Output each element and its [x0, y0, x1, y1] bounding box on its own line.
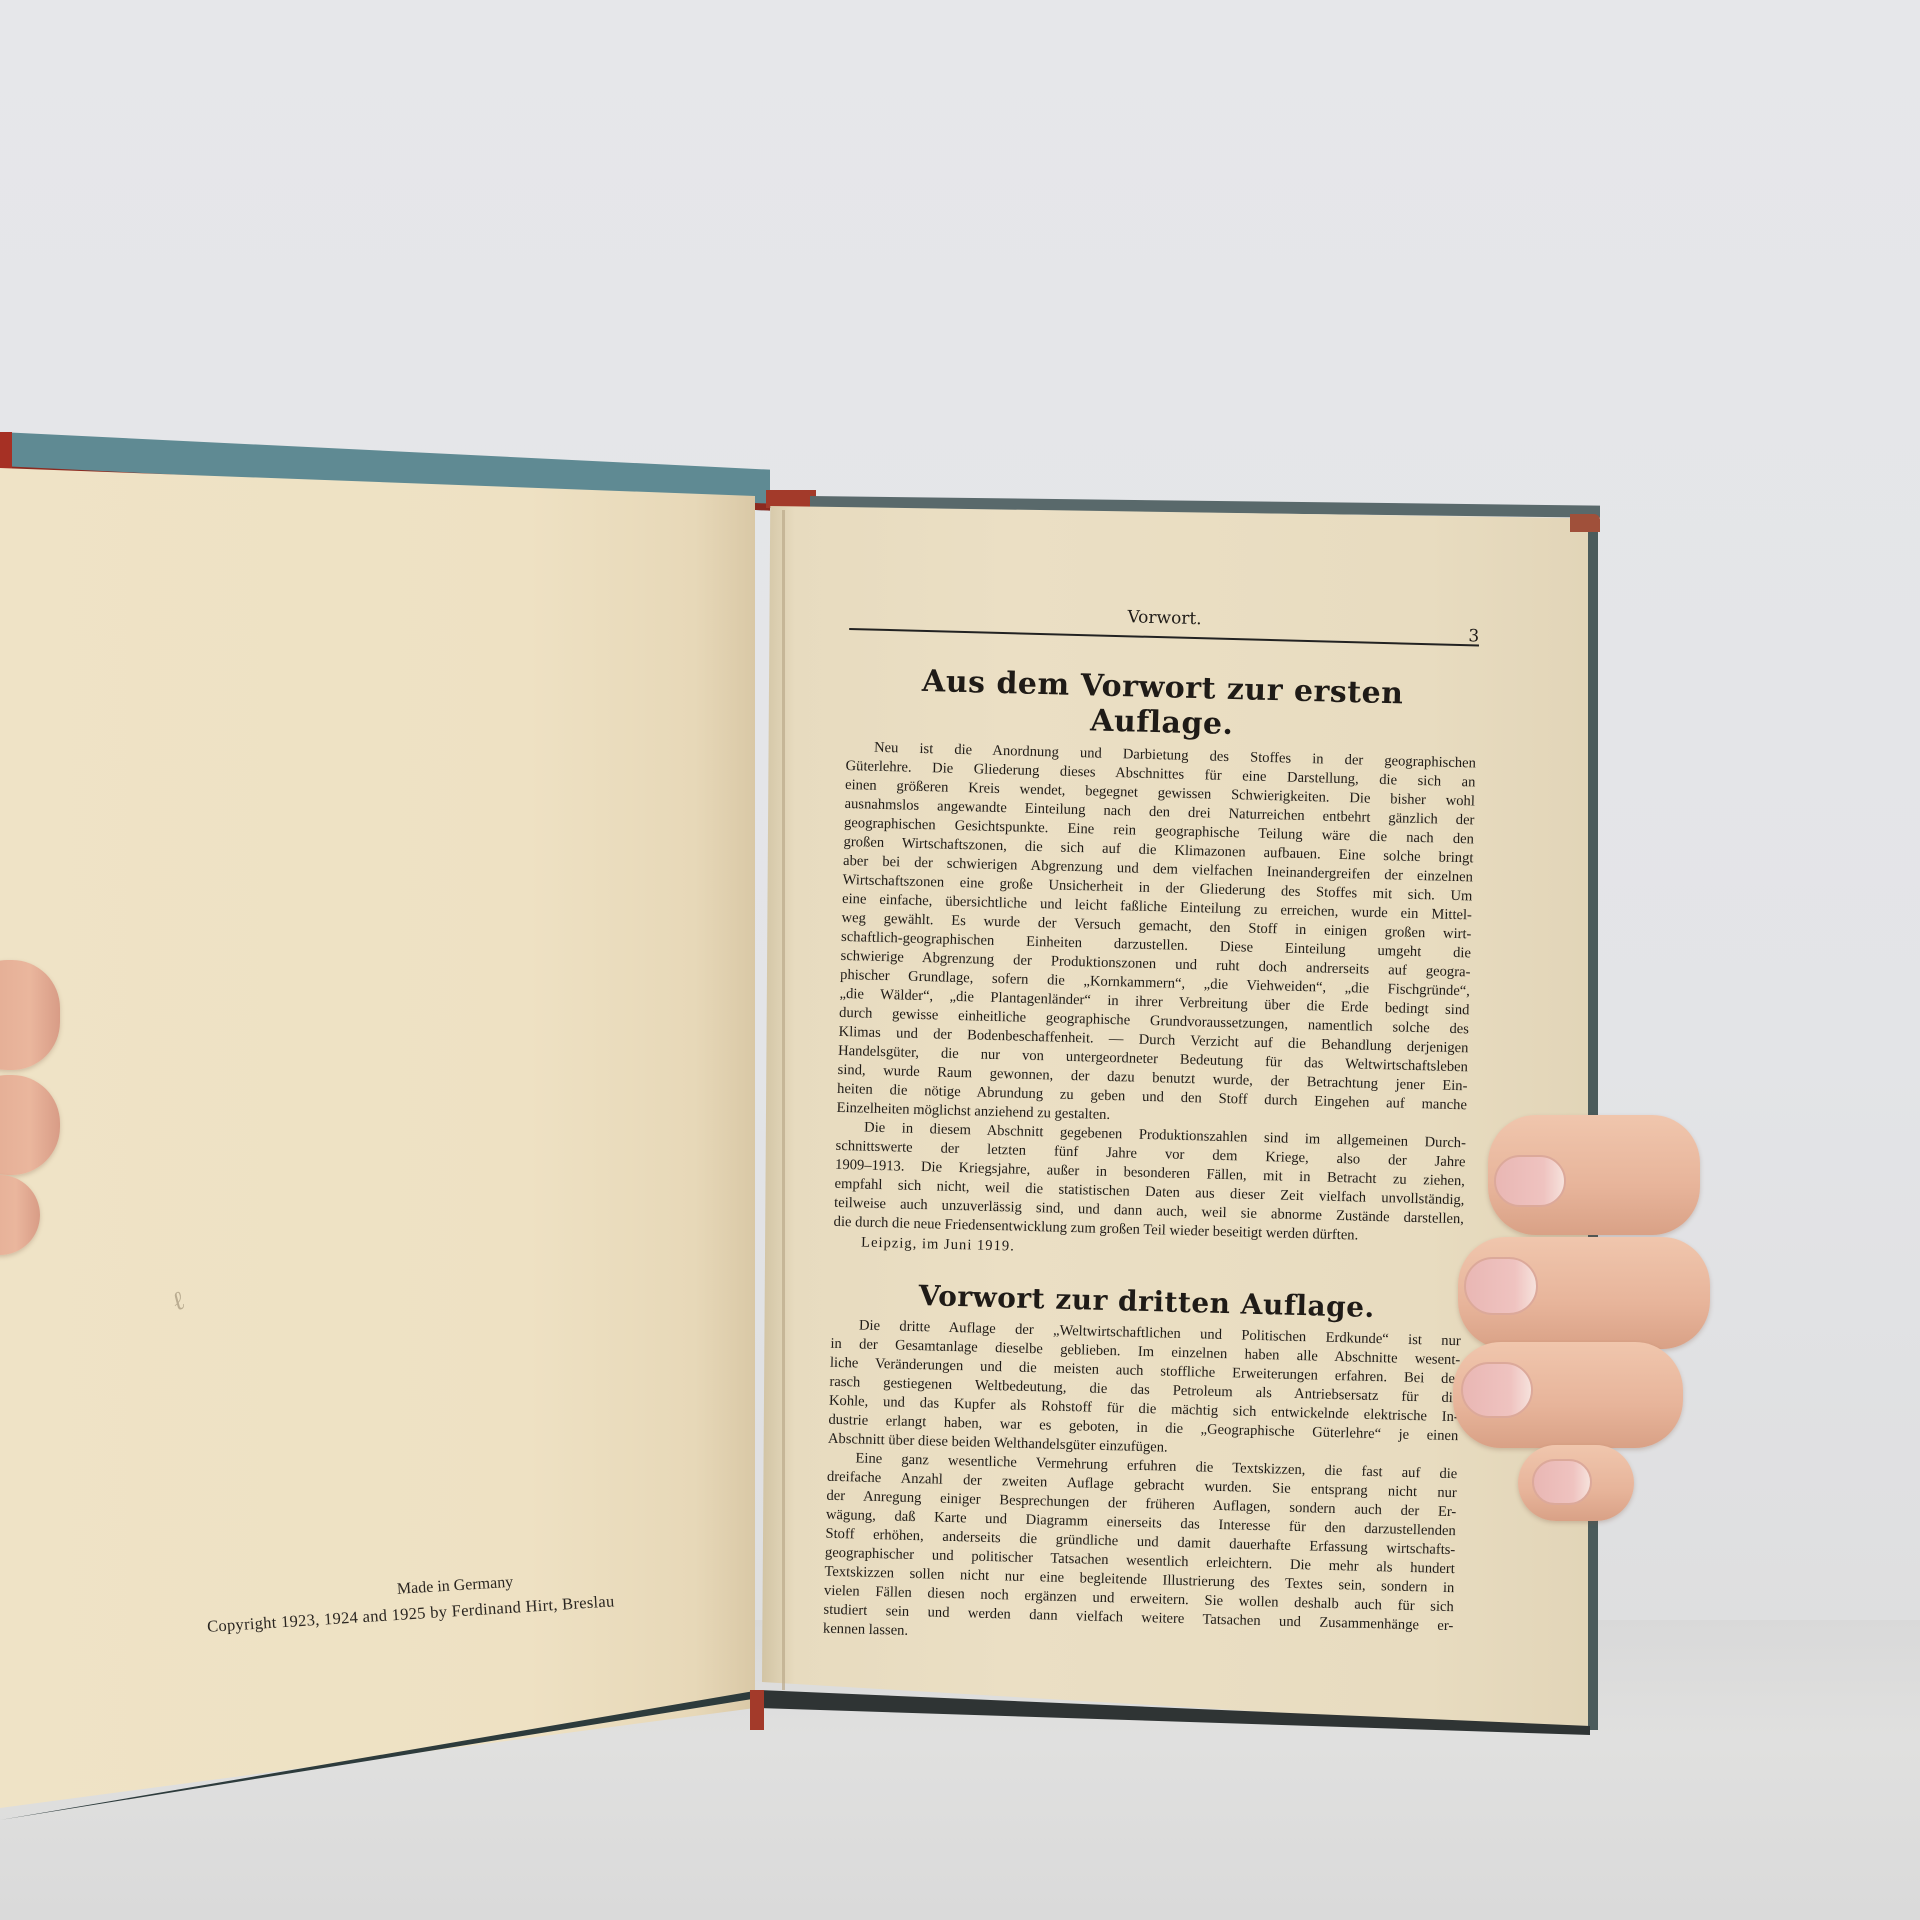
page-number: 3 [1468, 626, 1479, 646]
left-cover-corner [0, 432, 12, 470]
book-gutter [782, 510, 785, 1690]
paragraph: Neu ist die Anordnung und Darbietung des… [836, 738, 1476, 1134]
fingernail [1461, 1362, 1533, 1418]
paragraph: Eine ganz wesentliche Vermehrung erfuhre… [823, 1449, 1458, 1655]
right-cover-corner [1570, 514, 1600, 532]
fingernail [1464, 1257, 1538, 1315]
fingernail [1494, 1155, 1566, 1207]
section-heading-first-edition: Aus dem Vorwort zur ersten Auflage. [846, 662, 1478, 748]
spine-top [766, 490, 816, 508]
right-finger-middle [1458, 1237, 1710, 1349]
spine-bottom [750, 1690, 764, 1730]
paragraph: Die in diesem Abschnitt gegebenen Produk… [833, 1118, 1466, 1248]
right-finger-little [1518, 1445, 1634, 1521]
right-finger-index [1488, 1115, 1700, 1235]
paragraph: Die dritte Auflage der „Weltwirtschaftli… [828, 1316, 1461, 1465]
right-finger-ring [1453, 1342, 1683, 1448]
fingernail [1532, 1459, 1592, 1505]
right-page-text: Vorwort. 3 Aus dem Vorwort zur ersten Au… [823, 598, 1480, 1655]
